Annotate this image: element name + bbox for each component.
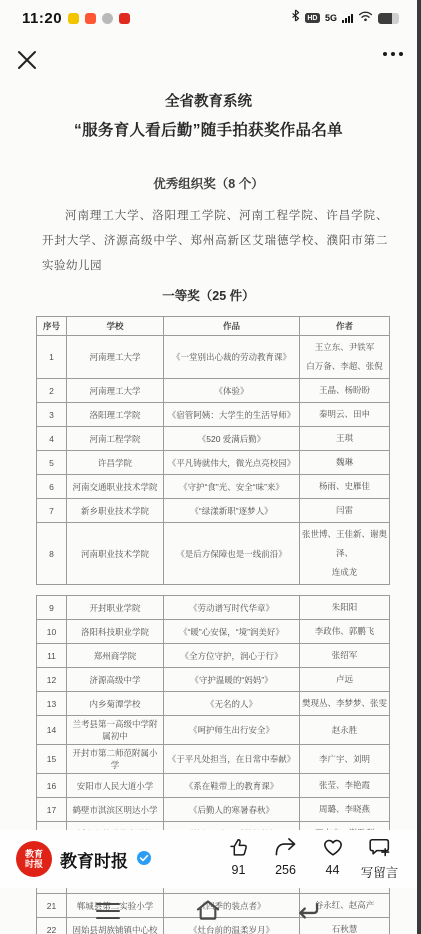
cell-work: 《全方位守护，润心于行》: [164, 644, 300, 668]
cell-authors: 杨雨、史雁佳: [299, 475, 389, 499]
share-count: 256: [275, 863, 296, 877]
cell-authors: 魏琳: [299, 451, 389, 475]
more-button[interactable]: [383, 52, 403, 56]
share-button[interactable]: 256: [262, 837, 309, 877]
cell-authors: 王晶、杨盼盼: [299, 379, 389, 403]
comment-plus-icon: [368, 837, 391, 860]
phone-screen: 11:20 HD 5G: [0, 0, 421, 934]
cell-number: 1: [37, 336, 67, 379]
status-bar-left: 11:20: [22, 10, 130, 27]
cell-school: 河南交通职业技术学院: [67, 475, 164, 499]
account-logo: 教育 时报: [16, 841, 52, 877]
cell-work: 《“绿漾新职”逐梦人》: [164, 499, 300, 523]
cell-number: 4: [37, 427, 67, 451]
wifi-icon: [358, 9, 373, 27]
cell-work: 《宿管阿姨：大学生的生活导师》: [164, 403, 300, 427]
cell-school: 许昌学院: [67, 451, 164, 475]
org-award-heading: 优秀组织奖（8 个）: [0, 174, 417, 192]
cell-authors: 周璐、李晓燕: [299, 798, 389, 822]
cell-school: 鹤壁市淇滨区明达小学: [67, 798, 164, 822]
account-logo-text2: 时报: [25, 859, 43, 869]
cell-work: 《呵护师生出行安全》: [164, 716, 300, 745]
notification-app-icon-orange: [85, 13, 96, 24]
account-logo-text1: 教育: [25, 849, 43, 859]
cell-school: 开封市第二师范附属小学: [67, 745, 164, 774]
heart-count: 44: [326, 863, 340, 877]
table-row: 9开封职业学院《劳动谱写时代华章》朱阳阳: [37, 596, 390, 620]
table-row: 8河南职业技术学院《是后方保障也是一线前沿》张世博、王佳新、谢奥泽、 连成龙: [37, 523, 390, 585]
clock: 11:20: [22, 10, 62, 27]
cell-number: 17: [37, 798, 67, 822]
cell-authors: 王琪: [299, 427, 389, 451]
network-type-label: 5G: [325, 13, 337, 23]
cell-authors: 王立东、尹铁军 白万备、李超、张倪: [299, 336, 389, 379]
doc-title-line1: 全省教育系统: [0, 90, 417, 111]
cell-number: 14: [37, 716, 67, 745]
cell-work: 《“暖”心安保，“境”润美好》: [164, 620, 300, 644]
cell-number: 6: [37, 475, 67, 499]
cell-number: 3: [37, 403, 67, 427]
hd-call-icon: HD: [305, 13, 320, 23]
award-table-block1: 序号 学校 作品 作者 1河南理工大学《一堂别出心裁的劳动教育课》王立东、尹铁军…: [36, 316, 390, 585]
cell-school: 内乡菊潭学校: [67, 692, 164, 716]
header-number: 序号: [37, 317, 67, 336]
close-button[interactable]: [14, 48, 40, 74]
cell-school: 洛阳理工学院: [67, 403, 164, 427]
bluetooth-icon: [291, 9, 300, 27]
cell-work: 《体验》: [164, 379, 300, 403]
cell-school: 河南职业技术学院: [67, 523, 164, 585]
heart-button[interactable]: 44: [309, 837, 356, 877]
table-row: 14兰考县第一高级中学附属初中《呵护师生出行安全》赵永胜: [37, 716, 390, 745]
engagement-bar: 教育 时报 教育时报 91 256: [0, 830, 417, 888]
cell-work: 《是后方保障也是一线前沿》: [164, 523, 300, 585]
cell-school: 兰考县第一高级中学附属初中: [67, 716, 164, 745]
table-row: 11郑州商学院《全方位守护，润心于行》张绍军: [37, 644, 390, 668]
cell-work: 《平凡铸就伟大，微光点亮校园》: [164, 451, 300, 475]
cell-work: 《一堂别出心裁的劳动教育课》: [164, 336, 300, 379]
table-row: 12济源高级中学《守护温暖的“妈妈”》卢远: [37, 668, 390, 692]
account-name: 教育时报: [60, 847, 128, 872]
screen-edge-strip: [417, 0, 421, 934]
like-button[interactable]: 91: [215, 837, 262, 877]
cell-school: 河南工程学院: [67, 427, 164, 451]
cell-work: 《520 爱满后勤》: [164, 427, 300, 451]
signal-strength-icon: [342, 13, 353, 23]
status-bar: 11:20 HD 5G: [0, 6, 413, 30]
cell-work: 《后勤人的寒暑春秋》: [164, 798, 300, 822]
cell-number: 15: [37, 745, 67, 774]
table-row: 13内乡菊潭学校《无名的人》樊现丛、李梦梦、张雯: [37, 692, 390, 716]
org-award-list: 河南理工大学、洛阳理工学院、河南工程学院、许昌学院、开封大学、济源高级中学、郑州…: [42, 204, 388, 279]
webview-nav-bar: [0, 44, 421, 80]
thumbs-up-icon: [228, 837, 250, 860]
table-row: 6河南交通职业技术学院《守护“食”光、安全“味”来》杨雨、史雁佳: [37, 475, 390, 499]
comment-button[interactable]: 写留言: [356, 837, 403, 881]
header-author: 作者: [299, 317, 389, 336]
heart-icon: [322, 837, 344, 860]
table-row: 10洛阳科技职业学院《“暖”心安保，“境”润美好》李政伟、郭鹏飞: [37, 620, 390, 644]
first-prize-heading: 一等奖（25 件）: [0, 286, 417, 304]
cell-number: 5: [37, 451, 67, 475]
back-button[interactable]: [295, 899, 321, 924]
cell-school: 济源高级中学: [67, 668, 164, 692]
table-row: 7新乡职业技术学院《“绿漾新职”逐梦人》闫雷: [37, 499, 390, 523]
cell-authors: 张莹、李艳霞: [299, 774, 389, 798]
comment-label: 写留言: [361, 863, 399, 881]
cell-authors: 张世博、王佳新、谢奥泽、 连成龙: [299, 523, 389, 585]
cell-work: 《守护温暖的“妈妈”》: [164, 668, 300, 692]
table-row: 2河南理工大学《体验》王晶、杨盼盼: [37, 379, 390, 403]
cell-work: 《守护“食”光、安全“味”来》: [164, 475, 300, 499]
home-icon: [195, 898, 221, 925]
cell-school: 开封职业学院: [67, 596, 164, 620]
home-button[interactable]: [195, 898, 221, 925]
cell-number: 2: [37, 379, 67, 403]
battery-icon: [378, 13, 399, 24]
system-nav-bar: [0, 888, 417, 934]
cell-number: 12: [37, 668, 67, 692]
notification-app-icon-red: [119, 13, 130, 24]
cell-number: 11: [37, 644, 67, 668]
table-row: 1河南理工大学《一堂别出心裁的劳动教育课》王立东、尹铁军 白万备、李超、张倪: [37, 336, 390, 379]
header-school: 学校: [67, 317, 164, 336]
cell-number: 10: [37, 620, 67, 644]
cell-school: 洛阳科技职业学院: [67, 620, 164, 644]
cell-authors: 李政伟、郭鹏飞: [299, 620, 389, 644]
table-row: 16安阳市人民大道小学《系在鞋带上的教育课》张莹、李艳霞: [37, 774, 390, 798]
verified-badge-icon: [136, 850, 152, 869]
notification-app-icon-yellow: [68, 13, 79, 24]
cell-number: 7: [37, 499, 67, 523]
action-buttons: 91 256 44 写留言: [215, 837, 403, 881]
like-count: 91: [232, 863, 246, 877]
back-arrow-icon: [295, 899, 321, 924]
recents-button[interactable]: [96, 903, 120, 919]
cell-work: 《劳动谱写时代华章》: [164, 596, 300, 620]
table-row: 3洛阳理工学院《宿管阿姨：大学生的生活导师》秦明云、田申: [37, 403, 390, 427]
cell-authors: 朱阳阳: [299, 596, 389, 620]
cell-work: 《系在鞋带上的教育课》: [164, 774, 300, 798]
cell-school: 河南理工大学: [67, 336, 164, 379]
cell-authors: 张绍军: [299, 644, 389, 668]
cell-work: 《于平凡处担当，在日常中奉献》: [164, 745, 300, 774]
cell-authors: 樊现丛、李梦梦、张雯: [299, 692, 389, 716]
cell-school: 安阳市人民大道小学: [67, 774, 164, 798]
cell-school: 新乡职业技术学院: [67, 499, 164, 523]
table-row: 15开封市第二师范附属小学《于平凡处担当，在日常中奉献》李广宇、刘明: [37, 745, 390, 774]
cell-number: 8: [37, 523, 67, 585]
cell-authors: 赵永胜: [299, 716, 389, 745]
cell-authors: 秦明云、田申: [299, 403, 389, 427]
cell-authors: 李广宇、刘明: [299, 745, 389, 774]
table-row: 5许昌学院《平凡铸就伟大，微光点亮校园》魏琳: [37, 451, 390, 475]
official-account[interactable]: 教育 时报 教育时报: [16, 841, 152, 877]
cell-number: 9: [37, 596, 67, 620]
status-bar-right: HD 5G: [291, 9, 399, 27]
table-row: 17鹤壁市淇滨区明达小学《后勤人的寒暑春秋》周璐、李晓燕: [37, 798, 390, 822]
table-header-row: 序号 学校 作品 作者: [37, 317, 390, 336]
cell-authors: 卢远: [299, 668, 389, 692]
article-document: 全省教育系统 “服务育人看后勤”随手拍获奖作品名单 优秀组织奖（8 个） 河南理…: [0, 86, 417, 934]
cell-school: 郑州商学院: [67, 644, 164, 668]
share-arrow-icon: [274, 837, 297, 860]
table-row: 4河南工程学院《520 爱满后勤》王琪: [37, 427, 390, 451]
menu-icon: [96, 903, 120, 919]
notification-app-icon-gray: [102, 13, 113, 24]
cell-authors: 闫雷: [299, 499, 389, 523]
cell-number: 13: [37, 692, 67, 716]
doc-title-line2: “服务育人看后勤”随手拍获奖作品名单: [0, 118, 417, 140]
cell-number: 16: [37, 774, 67, 798]
cell-work: 《无名的人》: [164, 692, 300, 716]
cell-school: 河南理工大学: [67, 379, 164, 403]
header-work: 作品: [164, 317, 300, 336]
